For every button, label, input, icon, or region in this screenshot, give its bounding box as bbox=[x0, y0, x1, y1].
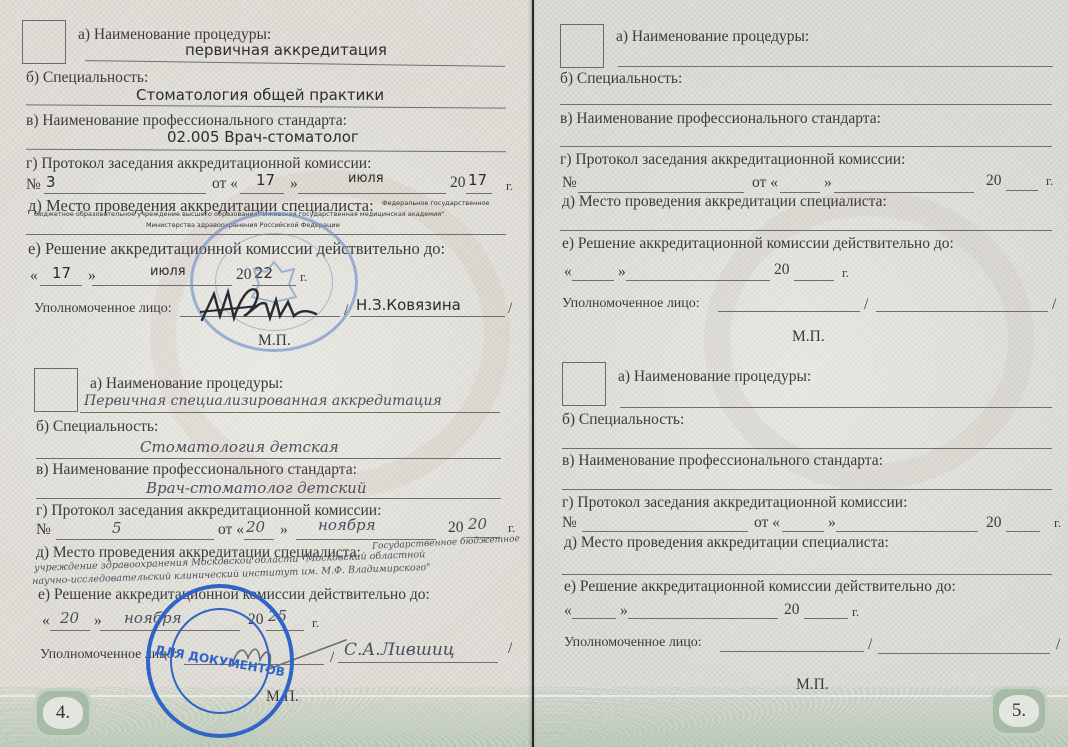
quote-close: » bbox=[824, 174, 832, 192]
entry-1-protocol-day: 17 bbox=[256, 171, 275, 189]
label-place: д) Место проведения аккредитации специал… bbox=[562, 193, 887, 211]
underline bbox=[878, 653, 1050, 654]
label-specialty: б) Специальность: bbox=[26, 69, 148, 87]
year-suffix: г. bbox=[842, 264, 849, 282]
underline bbox=[40, 285, 82, 286]
underline bbox=[36, 498, 501, 499]
underline bbox=[44, 193, 206, 194]
underline bbox=[620, 407, 1052, 408]
signature-1 bbox=[200, 280, 320, 330]
slash: / bbox=[1056, 636, 1060, 654]
year-prefix: 20 bbox=[774, 261, 790, 279]
label-specialty: б) Специальность: bbox=[562, 411, 684, 429]
entry-1-specialty: Стоматология общей практики bbox=[136, 86, 384, 104]
quote-open: « bbox=[564, 263, 572, 281]
underline bbox=[560, 230, 1052, 231]
underline bbox=[804, 618, 848, 619]
year-prefix: 20 bbox=[448, 519, 464, 537]
label-prof-standard: в) Наименование профессионального станда… bbox=[36, 461, 357, 479]
label-authorized-person: Уполномоченное лицо: bbox=[564, 634, 702, 652]
official-stamp-2: ДЛЯ ДОКУМЕНТОВ bbox=[146, 584, 294, 738]
underline bbox=[836, 531, 978, 532]
signature-line bbox=[718, 311, 860, 312]
entry-1-authorized-name: Н.З.Ковязина bbox=[356, 296, 461, 314]
entry-1-place-line2: бюджетное образовательное учреждение выс… bbox=[34, 210, 444, 218]
year-suffix: г. bbox=[1054, 514, 1061, 532]
quote-open: « bbox=[564, 602, 572, 620]
label-prof-standard: в) Наименование профессионального станда… bbox=[560, 110, 881, 128]
entry-2-protocol-number: 5 bbox=[112, 519, 122, 537]
underline bbox=[80, 412, 500, 413]
number-sign: № bbox=[562, 514, 577, 532]
seal-place: М.П. bbox=[796, 676, 829, 694]
label-procedure: а) Наименование процедуры: bbox=[616, 28, 809, 46]
underline bbox=[626, 280, 770, 281]
underline bbox=[562, 448, 1052, 449]
label-specialty: б) Специальность: bbox=[36, 418, 158, 436]
year-prefix: 20 bbox=[986, 514, 1002, 532]
label-protocol: г) Протокол заседания аккредитационной к… bbox=[560, 151, 905, 169]
label-procedure: а) Наименование процедуры: bbox=[90, 375, 283, 393]
page-number-right: 5. bbox=[990, 686, 1048, 736]
entry-1-protocol-month: июля bbox=[348, 171, 384, 186]
underline bbox=[240, 193, 284, 194]
underline bbox=[350, 316, 505, 317]
entry-4-checkbox bbox=[562, 362, 606, 406]
entry-1-checkbox bbox=[22, 20, 66, 64]
entry-2-place-line1: Государственное бюджетное bbox=[372, 534, 520, 552]
quote-open: « bbox=[30, 267, 38, 285]
book-gutter bbox=[528, 0, 536, 747]
label-valid-until: е) Решение аккредитационной комиссии дей… bbox=[564, 578, 956, 596]
quote-close: » bbox=[290, 175, 298, 193]
year-prefix: 20 bbox=[450, 174, 466, 192]
quote-close: » bbox=[88, 267, 96, 285]
quote-close: » bbox=[828, 514, 836, 532]
label-protocol: г) Протокол заседания аккредитационной к… bbox=[562, 494, 907, 512]
ornament-band bbox=[534, 687, 1068, 747]
year-suffix: г. bbox=[1046, 172, 1053, 190]
slash: / bbox=[1052, 296, 1056, 314]
page-number-left: 4. bbox=[34, 688, 92, 738]
entry-2-checkbox bbox=[34, 368, 78, 412]
from-label: от « bbox=[752, 174, 778, 192]
from-label: от « bbox=[754, 514, 780, 532]
underline bbox=[562, 489, 1052, 490]
page-left: а) Наименование процедуры: первичная акк… bbox=[0, 0, 532, 747]
underline bbox=[26, 104, 506, 108]
underline bbox=[562, 574, 1052, 575]
underline bbox=[26, 149, 506, 153]
entry-1-valid-month: июля bbox=[150, 264, 186, 279]
entry-1-procedure: первичная аккредитация bbox=[185, 41, 387, 59]
entry-2-specialty: Стоматология детская bbox=[140, 438, 339, 456]
quote-close: » bbox=[618, 263, 626, 281]
entry-3-checkbox bbox=[560, 24, 604, 68]
underline bbox=[782, 531, 824, 532]
label-valid-until: е) Решение аккредитационной комиссии дей… bbox=[562, 235, 954, 253]
entry-2-prof-standard: Врач-стоматолог детский bbox=[146, 479, 366, 497]
quote-close: » bbox=[280, 521, 288, 539]
from-label: от « bbox=[218, 521, 244, 539]
entry-1-protocol-year: 17 bbox=[468, 171, 487, 189]
label-protocol: г) Протокол заседания аккредитационной к… bbox=[26, 155, 371, 173]
year-suffix: г. bbox=[852, 603, 859, 621]
certificate-spread: а) Наименование процедуры: первичная акк… bbox=[0, 0, 1068, 747]
year-prefix: 20 bbox=[986, 172, 1002, 190]
underline bbox=[85, 60, 505, 67]
entry-2-valid-day: 20 bbox=[60, 609, 79, 627]
label-specialty: б) Специальность: bbox=[560, 70, 682, 88]
underline bbox=[628, 618, 778, 619]
underline bbox=[466, 193, 492, 194]
slash: / bbox=[508, 300, 512, 318]
label-authorized-person: Уполномоченное лицо: bbox=[34, 300, 172, 318]
label-place: д) Место проведения аккредитации специал… bbox=[564, 534, 889, 552]
underline bbox=[1006, 531, 1040, 532]
underline bbox=[36, 458, 501, 459]
year-prefix: 20 bbox=[784, 601, 800, 619]
label-procedure: а) Наименование процедуры: bbox=[618, 368, 811, 386]
underline bbox=[560, 146, 1052, 147]
underline bbox=[1006, 190, 1038, 191]
quote-open: « bbox=[42, 612, 50, 630]
underline bbox=[618, 66, 1053, 67]
slash: / bbox=[868, 636, 872, 654]
slash: / bbox=[864, 296, 868, 314]
underline bbox=[876, 311, 1048, 312]
entry-2-protocol-year: 20 bbox=[468, 515, 487, 533]
underline bbox=[582, 531, 748, 532]
slash: / bbox=[508, 640, 512, 658]
underline bbox=[560, 104, 1052, 105]
underline bbox=[56, 539, 214, 540]
underline bbox=[244, 539, 274, 540]
label-authorized-person: Уполномоченное лицо: bbox=[562, 295, 700, 313]
underline bbox=[794, 280, 834, 281]
label-prof-standard: в) Наименование профессионального станда… bbox=[562, 452, 883, 470]
underline bbox=[298, 193, 446, 194]
number-sign: № bbox=[26, 176, 41, 194]
entry-2-protocol-month: ноября bbox=[318, 516, 376, 534]
quote-close: » bbox=[94, 612, 102, 630]
quote-close: » bbox=[620, 602, 628, 620]
underline bbox=[50, 630, 90, 631]
year-suffix: г. bbox=[506, 177, 513, 195]
entry-2-protocol-day: 20 bbox=[246, 518, 265, 536]
entry-1-place-line1: Федеральное государственное bbox=[382, 199, 490, 207]
entry-1-valid-day: 17 bbox=[52, 264, 71, 282]
seal-place: М.П. bbox=[792, 328, 825, 346]
from-label: от « bbox=[212, 175, 238, 193]
entry-1-protocol-number: 3 bbox=[46, 173, 56, 191]
number-sign: № bbox=[36, 521, 51, 539]
signature-line bbox=[720, 651, 864, 652]
number-sign: № bbox=[562, 174, 577, 192]
entry-1-prof-standard: 02.005 Врач-стоматолог bbox=[167, 128, 359, 146]
page-right: а) Наименование процедуры: б) Специально… bbox=[534, 0, 1068, 747]
underline bbox=[572, 280, 614, 281]
underline bbox=[572, 618, 616, 619]
entry-2-procedure: Первичная специализированная аккредитаци… bbox=[84, 393, 442, 409]
